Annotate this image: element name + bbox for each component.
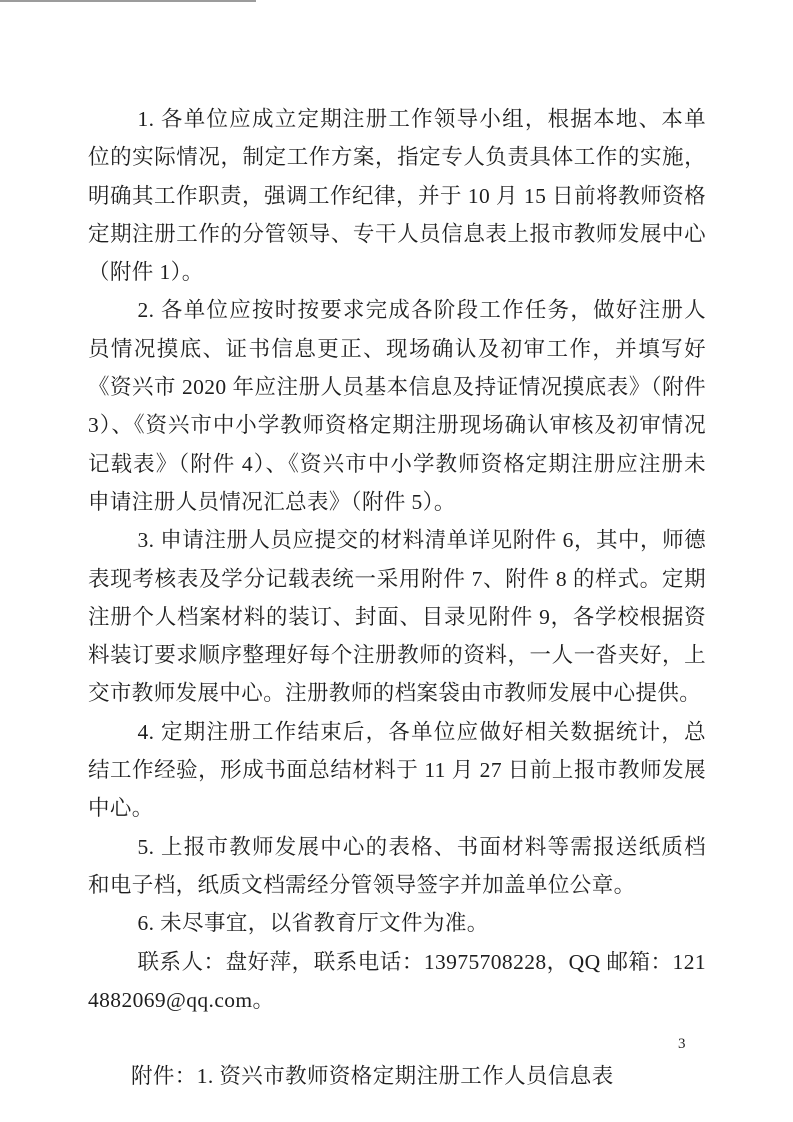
body-paragraph-1: 1. 各单位应成立定期注册工作领导小组，根据本地、本单位的实际情况，制定工作方案… <box>88 100 706 291</box>
body-paragraph-3: 3. 申请注册人员应提交的材料清单详见附件 6，其中，师德表现考核表及学分记载表… <box>88 521 706 712</box>
document-page: 1. 各单位应成立定期注册工作领导小组，根据本地、本单位的实际情况，制定工作方案… <box>0 0 793 1122</box>
attachment-list-line: 附件：1. 资兴市教师资格定期注册工作人员信息表 <box>88 1057 706 1095</box>
scan-edge-artifact <box>0 0 256 2</box>
body-paragraph-5: 5. 上报市教师发展中心的表格、书面材料等需报送纸质档和电子档，纸质文档需经分管… <box>88 828 706 905</box>
page-number: 3 <box>678 1034 686 1054</box>
body-paragraph-6: 6. 未尽事宜，以省教育厅文件为准。 <box>88 904 706 942</box>
document-body: 1. 各单位应成立定期注册工作领导小组，根据本地、本单位的实际情况，制定工作方案… <box>88 100 706 1095</box>
body-paragraph-4: 4. 定期注册工作结束后，各单位应做好相关数据统计，总结工作经验，形成书面总结材… <box>88 713 706 828</box>
contact-info-paragraph: 联系人：盘好萍，联系电话：13975708228，QQ 邮箱：121488206… <box>88 943 706 1020</box>
body-paragraph-2: 2. 各单位应按时按要求完成各阶段工作任务，做好注册人员情况摸底、证书信息更正、… <box>88 291 706 521</box>
